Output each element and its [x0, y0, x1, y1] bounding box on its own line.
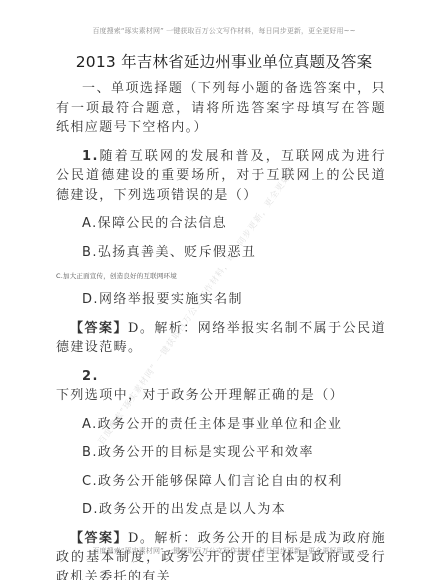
answer-label: 【答案】: [70, 531, 128, 546]
answer-label: 【答案】: [70, 321, 128, 336]
option-letter: A.: [82, 417, 98, 432]
option-text: 弘扬真善美、贬斥假恶丑: [98, 245, 256, 260]
option-text: 网络举报要实施实名制: [99, 292, 243, 307]
option-letter: B.: [82, 245, 98, 260]
question-2-option-a: A.政务公开的责任主体是事业单位和企业: [56, 415, 386, 435]
page-footer-promo: 百度搜索“琢实素材网” 一键获取百万公文写作材料，每日同步更新，更全更好用~~: [0, 546, 448, 556]
option-letter: B.: [82, 445, 98, 460]
option-letter: C.: [82, 474, 98, 489]
document-page: 百度搜索“琢实素材网” 一键获取百万公文写作材料，每日同步更新，更全更好用~~ …: [0, 0, 448, 580]
question-number: 1.: [82, 149, 99, 164]
question-1-answer: 【答案】D。解析：网络举报实名制不属于公民道德建设范畴。: [56, 319, 386, 358]
option-letter: D.: [82, 502, 99, 517]
question-1-option-b: B.弘扬真善美、贬斥假恶丑: [56, 243, 386, 263]
option-text: 加大正面宣传，创造良好的互联网环境: [63, 272, 177, 280]
question-1-option-d: D.网络举报要实施实名制: [56, 290, 386, 310]
option-letter: D.: [82, 292, 99, 307]
option-text: 政务公开的责任主体是事业单位和企业: [98, 417, 343, 432]
document-title: 2013 年吉林省延边州事业单位真题及答案: [0, 50, 448, 72]
question-2-option-c: C.政务公开能够保障人们言论自由的权利: [56, 472, 386, 492]
question-1-option-a: A.保障公民的合法信息: [56, 214, 386, 234]
option-text: 政务公开的目标是实现公平和效率: [98, 445, 314, 460]
page-header-promo: 百度搜索“琢实素材网” 一键获取百万公文写作材料，每日同步更新，更全更好用~~: [0, 26, 448, 36]
question-2: 2.下列选项中，对于政务公开理解正确的是（）: [56, 367, 386, 406]
option-text: 保障公民的合法信息: [98, 216, 228, 231]
question-number: 2.: [82, 369, 99, 384]
question-1: 1.随着互联网的发展和普及，互联网成为进行公民道德建设的重要场所，对于互联网上的…: [56, 147, 386, 206]
section-intro: 一、单项选择题（下列每小题的备选答案中，只有一项最符合题意，请将所选答案字母填写…: [56, 79, 386, 138]
option-text: 政务公开的出发点是以人为本: [99, 502, 286, 517]
question-1-option-c: C.加大正面宣传，创造良好的互联网环境: [56, 271, 386, 281]
question-2-option-d: D.政务公开的出发点是以人为本: [56, 500, 386, 520]
question-stem: 下列选项中，对于政务公开理解正确的是（）: [56, 388, 344, 403]
option-text: 政务公开能够保障人们言论自由的权利: [98, 474, 343, 489]
option-letter: A.: [82, 216, 98, 231]
question-stem: 随着互联网的发展和普及，互联网成为进行公民道德建设的重要场所，对于互联网上的公民…: [56, 149, 386, 203]
document-body: 一、单项选择题（下列每小题的备选答案中，只有一项最符合题意，请将所选答案字母填写…: [56, 79, 386, 580]
question-2-option-b: B.政务公开的目标是实现公平和效率: [56, 443, 386, 463]
option-letter: C.: [56, 272, 63, 280]
